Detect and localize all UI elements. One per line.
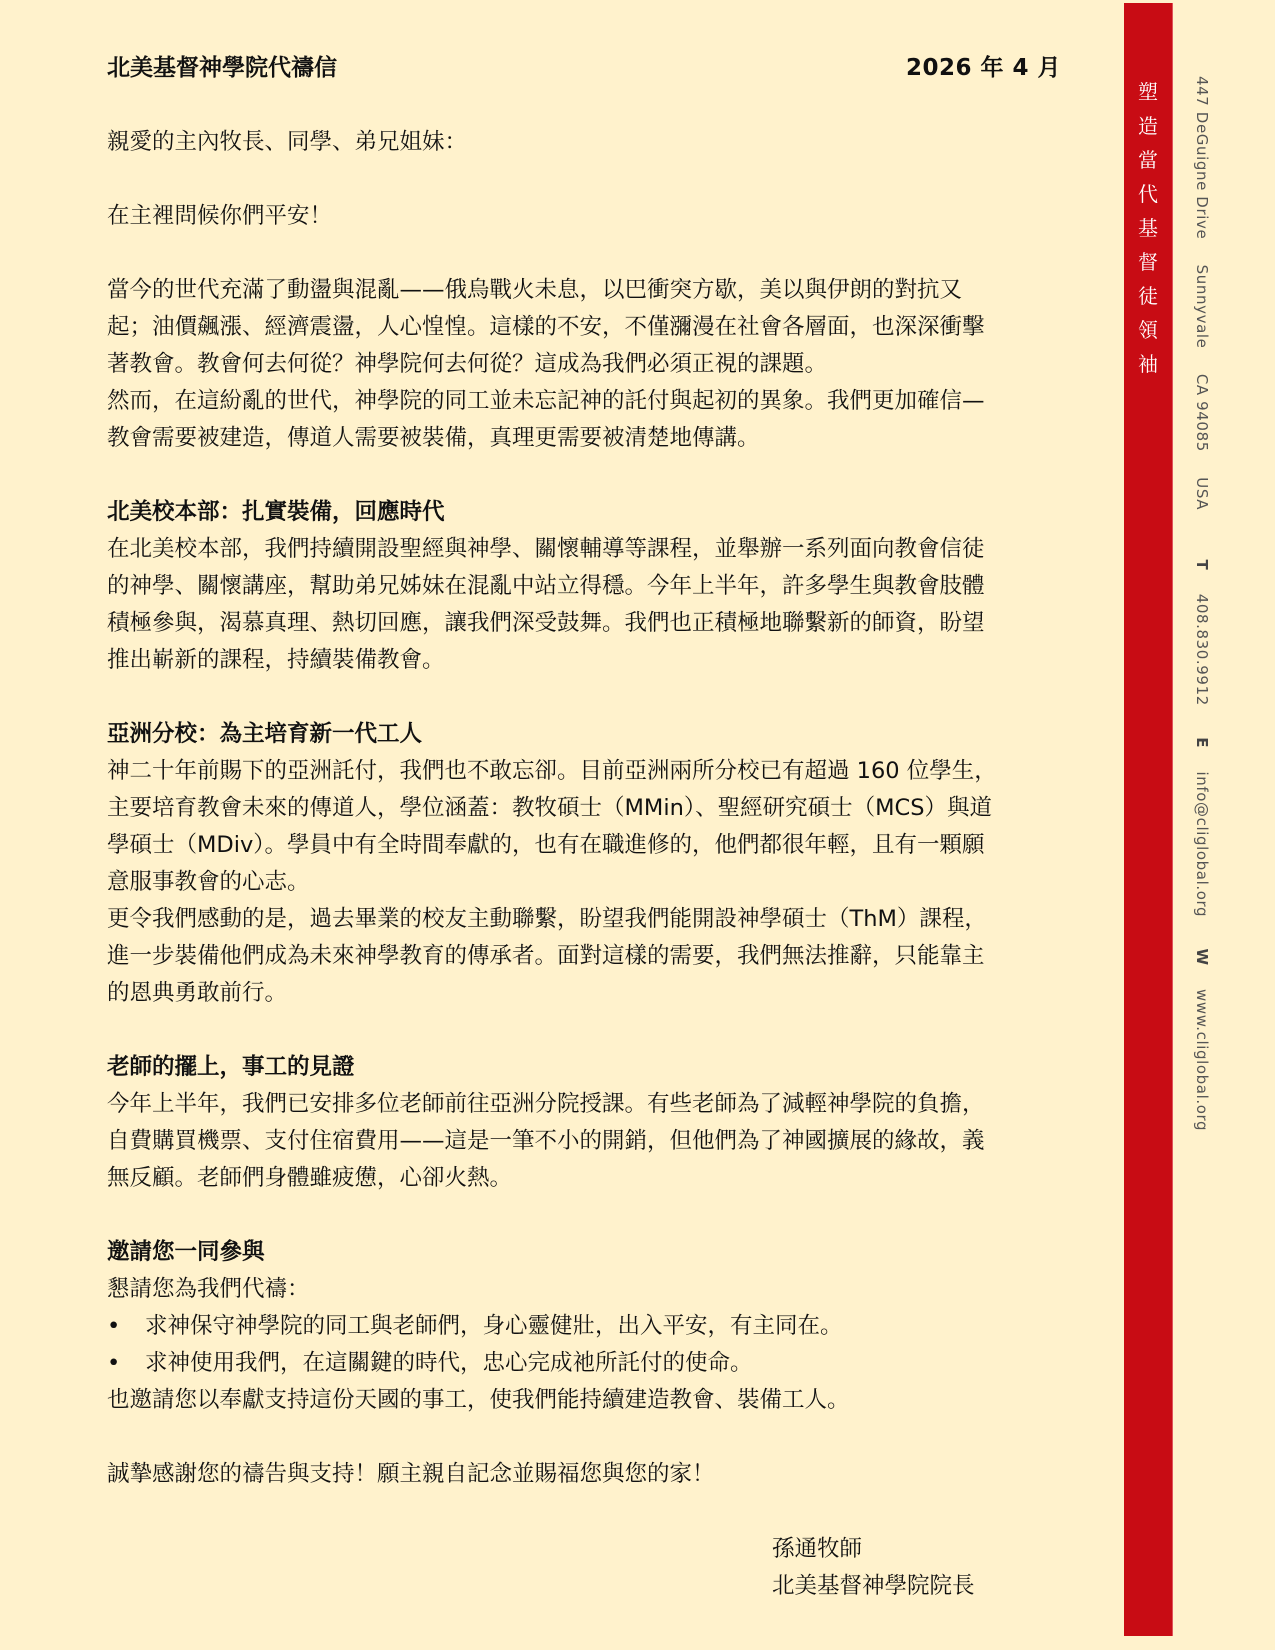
intro-line: 著教會。教會何去何從？神學院何去何從？這成為我們必須正視的課題。: [107, 346, 1097, 383]
section-teachers: 老師的擺上，事工的見證 今年上半年，我們已安排多位老師前往亞洲分院授課。有些老師…: [107, 1049, 1097, 1197]
intro-line: 當今的世代充滿了動盪與混亂——俄烏戰火未息，以巴衝突方歇，美以與伊朗的對抗又: [107, 272, 1097, 309]
spacer: [107, 457, 1097, 494]
signature-block: 孫通牧師 北美基督神學院院長: [772, 1531, 975, 1605]
section-line: 懇請您為我們代禱：: [107, 1271, 1097, 1308]
section-line: 主要培育教會未來的傳道人，學位涵蓋：教牧碩士（MMin）、聖經研究碩士（MCS）…: [107, 790, 1097, 827]
motto-char: 代: [1124, 177, 1172, 211]
spacer: [107, 1012, 1097, 1049]
section-line: 積極參與，渴慕真理、熱切回應，讓我們深受鼓舞。我們也正積極地聯繫新的師資，盼望: [107, 605, 1097, 642]
section-invitation: 邀請您一同參與 懇請您為我們代禱： • 求神保守神學院的同工與老師們，身心靈健壯…: [107, 1234, 1097, 1419]
motto-char: 徒: [1124, 279, 1172, 313]
signer-name: 孫通牧師: [772, 1531, 975, 1568]
contact-info-rotated: 447 DeGuigne Drive Sunnyvale CA 94085 US…: [1193, 76, 1211, 1131]
section-line: 也邀請您以奉獻支持這份天國的事工，使我們能持續建造教會、裝備工人。: [107, 1382, 1097, 1419]
phone-label: T: [1193, 559, 1211, 570]
section-line: 意服事教會的心志。: [107, 864, 1097, 901]
bullet-icon: •: [107, 1345, 120, 1382]
section-line: 無反顧。老師們身體雖疲憊，心卻火熱。: [107, 1160, 1097, 1197]
motto-sidebar: 塑 造 當 代 基 督 徒 領 袖: [1124, 3, 1173, 1636]
section-line: 神二十年前賜下的亞洲託付，我們也不敢忘卻。目前亞洲兩所分校已有超過 160 位學…: [107, 753, 1097, 790]
section-line: 學碩士（MDiv）。學員中有全時間奉獻的，也有在職進修的，他們都很年輕，且有一顆…: [107, 827, 1097, 864]
spacer: [107, 1419, 1097, 1456]
salutation: 親愛的主內牧長、同學、弟兄姐妹：: [107, 124, 1097, 161]
intro-line: 然而，在這紛亂的世代，神學院的同工並未忘記神的託付與起初的異象。我們更加確信—: [107, 383, 1097, 420]
section-line: 的神學、關懷講座，幫助弟兄姊妹在混亂中站立得穩。今年上半年，許多學生與教會肢體: [107, 568, 1097, 605]
section-line: 推出嶄新的課程，持續裝備教會。: [107, 642, 1097, 679]
spacer: [107, 161, 1097, 198]
section-line: 進一步裝備他們成為未來神學教育的傳承者。面對這樣的需要，我們無法推辭，只能靠主: [107, 938, 1097, 975]
prayer-request-item: • 求神保守神學院的同工與老師們，身心靈健壯，出入平安，有主同在。: [107, 1308, 1097, 1345]
email-label: E: [1193, 737, 1211, 748]
motto-char: 當: [1124, 143, 1172, 177]
section-heading: 北美校本部：扎實裝備，回應時代: [107, 494, 1097, 531]
section-north-america: 北美校本部：扎實裝備，回應時代 在北美校本部，我們持續開設聖經與神學、關懷輔導等…: [107, 494, 1097, 679]
motto-char: 造: [1124, 109, 1172, 143]
signer-title: 北美基督神學院院長: [772, 1568, 975, 1605]
section-line: 今年上半年，我們已安排多位老師前往亞洲分院授課。有些老師為了減輕神學院的負擔，: [107, 1086, 1097, 1123]
prayer-letter-page: 北美基督神學院代禱信 2026 年 4 月 親愛的主內牧長、同學、弟兄姐妹： 在…: [0, 0, 1275, 1650]
section-line: 在北美校本部，我們持續開設聖經與神學、關懷輔導等課程，並舉辦一系列面向教會信徒: [107, 531, 1097, 568]
section-asia: 亞洲分校：為主培育新一代工人 神二十年前賜下的亞洲託付，我們也不敢忘卻。目前亞洲…: [107, 716, 1097, 1012]
closing-thanks: 誠摯感謝您的禱告與支持！願主親自記念並賜福您與您的家！: [107, 1456, 1097, 1493]
email-link[interactable]: info@cliglobal.org: [1193, 771, 1211, 917]
motto-text: 塑 造 當 代 基 督 徒 領 袖: [1124, 75, 1172, 381]
address-state-zip: CA 94085: [1193, 374, 1211, 452]
intro-line: 起；油價飆漲、經濟震盪，人心惶惶。這樣的不安，不僅瀰漫在社會各層面，也深深衝擊: [107, 309, 1097, 346]
motto-char: 領: [1124, 313, 1172, 347]
intro-paragraph: 當今的世代充滿了動盪與混亂——俄烏戰火未息，以巴衝突方歇，美以與伊朗的對抗又 起…: [107, 272, 1097, 457]
motto-char: 袖: [1124, 347, 1172, 381]
contact-info: 447 DeGuigne Drive Sunnyvale CA 94085 US…: [1183, 76, 1213, 1076]
letter-body: 北美基督神學院代禱信 2026 年 4 月 親愛的主內牧長、同學、弟兄姐妹： 在…: [107, 50, 1097, 1493]
prayer-request-text: 求神保守神學院的同工與老師們，身心靈健壯，出入平安，有主同在。: [145, 1313, 843, 1339]
spacer: [107, 1197, 1097, 1234]
bullet-icon: •: [107, 1308, 120, 1345]
spacer: [107, 235, 1097, 272]
address-city: Sunnyvale: [1193, 265, 1211, 349]
letter-header: 北美基督神學院代禱信 2026 年 4 月: [107, 50, 1097, 87]
letter-title: 北美基督神學院代禱信: [107, 50, 337, 87]
motto-char: 督: [1124, 245, 1172, 279]
prayer-request-item: • 求神使用我們，在這關鍵的時代，忠心完成祂所託付的使命。: [107, 1345, 1097, 1382]
address-country: USA: [1193, 477, 1211, 510]
section-heading: 邀請您一同參與: [107, 1234, 1097, 1271]
intro-line: 教會需要被建造，傳道人需要被裝備，真理更需要被清楚地傳講。: [107, 420, 1097, 457]
prayer-request-text: 求神使用我們，在這關鍵的時代，忠心完成祂所託付的使命。: [145, 1350, 753, 1376]
spacer: [107, 679, 1097, 716]
web-label: W: [1193, 948, 1211, 965]
section-line: 自費購買機票、支付住宿費用——這是一筆不小的開銷，但他們為了神國擴展的緣故，義: [107, 1123, 1097, 1160]
website-link[interactable]: www.cliglobal.org: [1193, 989, 1211, 1131]
prayer-request-list: • 求神保守神學院的同工與老師們，身心靈健壯，出入平安，有主同在。 • 求神使用…: [107, 1308, 1097, 1382]
motto-char: 塑: [1124, 75, 1172, 109]
letter-date: 2026 年 4 月: [906, 50, 1061, 87]
section-heading: 亞洲分校：為主培育新一代工人: [107, 716, 1097, 753]
blessing: 在主裡問候你們平安！: [107, 198, 1097, 235]
motto-char: 基: [1124, 211, 1172, 245]
address-street: 447 DeGuigne Drive: [1193, 76, 1211, 239]
phone-number[interactable]: 408.830.9912: [1193, 594, 1211, 706]
section-line: 更令我們感動的是，過去畢業的校友主動聯繫，盼望我們能開設神學碩士（ThM）課程，: [107, 901, 1097, 938]
section-line: 的恩典勇敢前行。: [107, 975, 1097, 1012]
section-heading: 老師的擺上，事工的見證: [107, 1049, 1097, 1086]
